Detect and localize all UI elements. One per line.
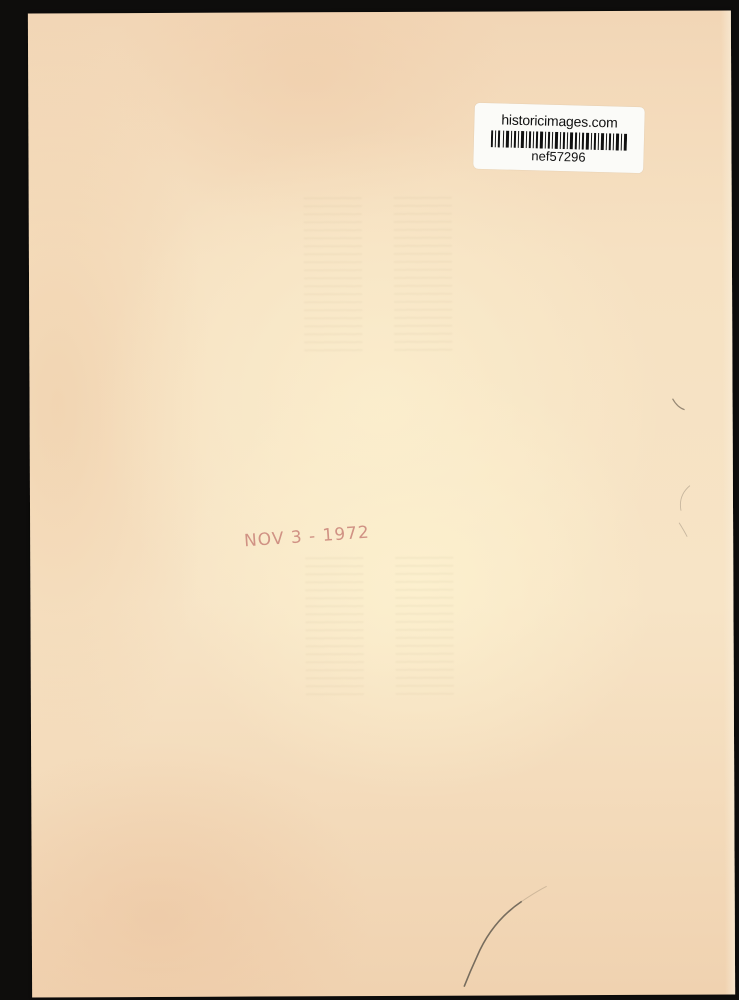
fiber-mark bbox=[670, 396, 690, 416]
barcode-icon bbox=[491, 130, 627, 151]
paper-edge-highlight bbox=[721, 10, 735, 994]
fiber-mark bbox=[675, 481, 695, 541]
archive-barcode-label: historicimages.com bbox=[473, 103, 645, 173]
text-bleed-through bbox=[394, 197, 453, 357]
pencil-mark bbox=[452, 881, 552, 991]
text-bleed-through bbox=[395, 557, 454, 697]
stage: historicimages.com bbox=[0, 0, 739, 1000]
text-bleed-through bbox=[304, 197, 363, 357]
text-bleed-through bbox=[305, 557, 364, 697]
label-site-text: historicimages.com bbox=[474, 112, 644, 131]
